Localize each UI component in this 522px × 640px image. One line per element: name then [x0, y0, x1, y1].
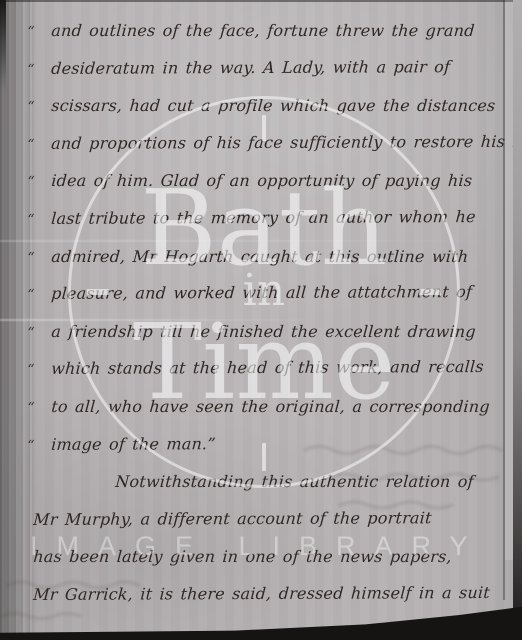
line-text: last tribute to the memory of an author …	[51, 207, 477, 228]
manuscript-line: “a friendship till he finished the excel…	[26, 313, 522, 351]
line-text: admired, Mr Hogarth caught at this outli…	[51, 247, 469, 266]
line-text: Mr Murphy, a different account of the po…	[33, 508, 433, 529]
line-quote-mark: “	[26, 14, 53, 52]
line-text: to all, who have seen the original, a co…	[51, 397, 491, 416]
page-fold-highlight	[505, 0, 513, 560]
line-text: idea of him. Glad of an opportunity of p…	[51, 171, 473, 190]
manuscript-line: “to all, who have seen the original, a c…	[26, 388, 522, 426]
line-quote-mark: “	[26, 202, 52, 240]
line-quote-mark: “	[26, 164, 53, 202]
manuscript-line: “scissars, had cut a profile which gave …	[26, 87, 522, 125]
line-quote-mark: “	[26, 240, 53, 278]
line-text: scissars, had cut a profile which gave t…	[51, 96, 496, 115]
manuscript-photo: “and outlines of the face, fortune threw…	[0, 0, 522, 640]
manuscript-line: “idea of him. Glad of an opportunity of …	[26, 162, 522, 200]
line-text: and proportions of his face sufficiently…	[51, 132, 522, 153]
manuscript-text: “and outlines of the face, fortune threw…	[26, 12, 522, 614]
line-quote-mark: “	[26, 89, 53, 127]
line-text: has been lately given in one of the news…	[33, 547, 453, 566]
line-quote-mark: “	[26, 315, 53, 353]
line-text: and outlines of the face, fortune threw …	[51, 21, 476, 40]
manuscript-line: “and proportions of his face sufficientl…	[26, 123, 522, 163]
photo-right-edge	[513, 0, 522, 640]
line-text: Mr Garrick, it is there said, dressed hi…	[33, 583, 491, 604]
manuscript-line: “image of the man.”	[26, 423, 522, 463]
manuscript-line: “and outlines of the face, fortune threw…	[26, 12, 522, 50]
line-quote-mark: “	[26, 51, 52, 89]
line-text: desideratum in the way. A Lady, with a p…	[51, 57, 451, 78]
line-text: image of the man.”	[51, 434, 217, 454]
line-text: which stands at the head of this work, a…	[51, 357, 485, 378]
line-text: pleasure, and worked with all the attatc…	[51, 282, 473, 303]
manuscript-line: “pleasure, and worked with all the attat…	[26, 273, 522, 313]
manuscript-line: “which stands at the head of this work, …	[26, 348, 522, 388]
line-text: Notwithstanding this authentic relation …	[115, 472, 475, 491]
manuscript-line: Notwithstanding this authentic relation …	[114, 463, 522, 501]
manuscript-line: “last tribute to the memory of an author…	[26, 198, 522, 238]
line-quote-mark: “	[26, 277, 52, 315]
line-quote-mark: “	[26, 127, 52, 165]
manuscript-line: “desideratum in the way. A Lady, with a …	[26, 47, 522, 87]
manuscript-line: Mr Murphy, a different account of the po…	[32, 499, 522, 539]
line-quote-mark: “	[26, 427, 52, 465]
manuscript-line: Mr Garrick, it is there said, dressed hi…	[32, 574, 522, 614]
line-quote-mark: “	[26, 352, 52, 390]
line-text: a friendship till he finished the excell…	[51, 322, 477, 341]
manuscript-line: has been lately given in one of the news…	[32, 538, 522, 576]
manuscript-line: “admired, Mr Hogarth caught at this outl…	[26, 238, 522, 276]
line-quote-mark: “	[26, 390, 53, 428]
